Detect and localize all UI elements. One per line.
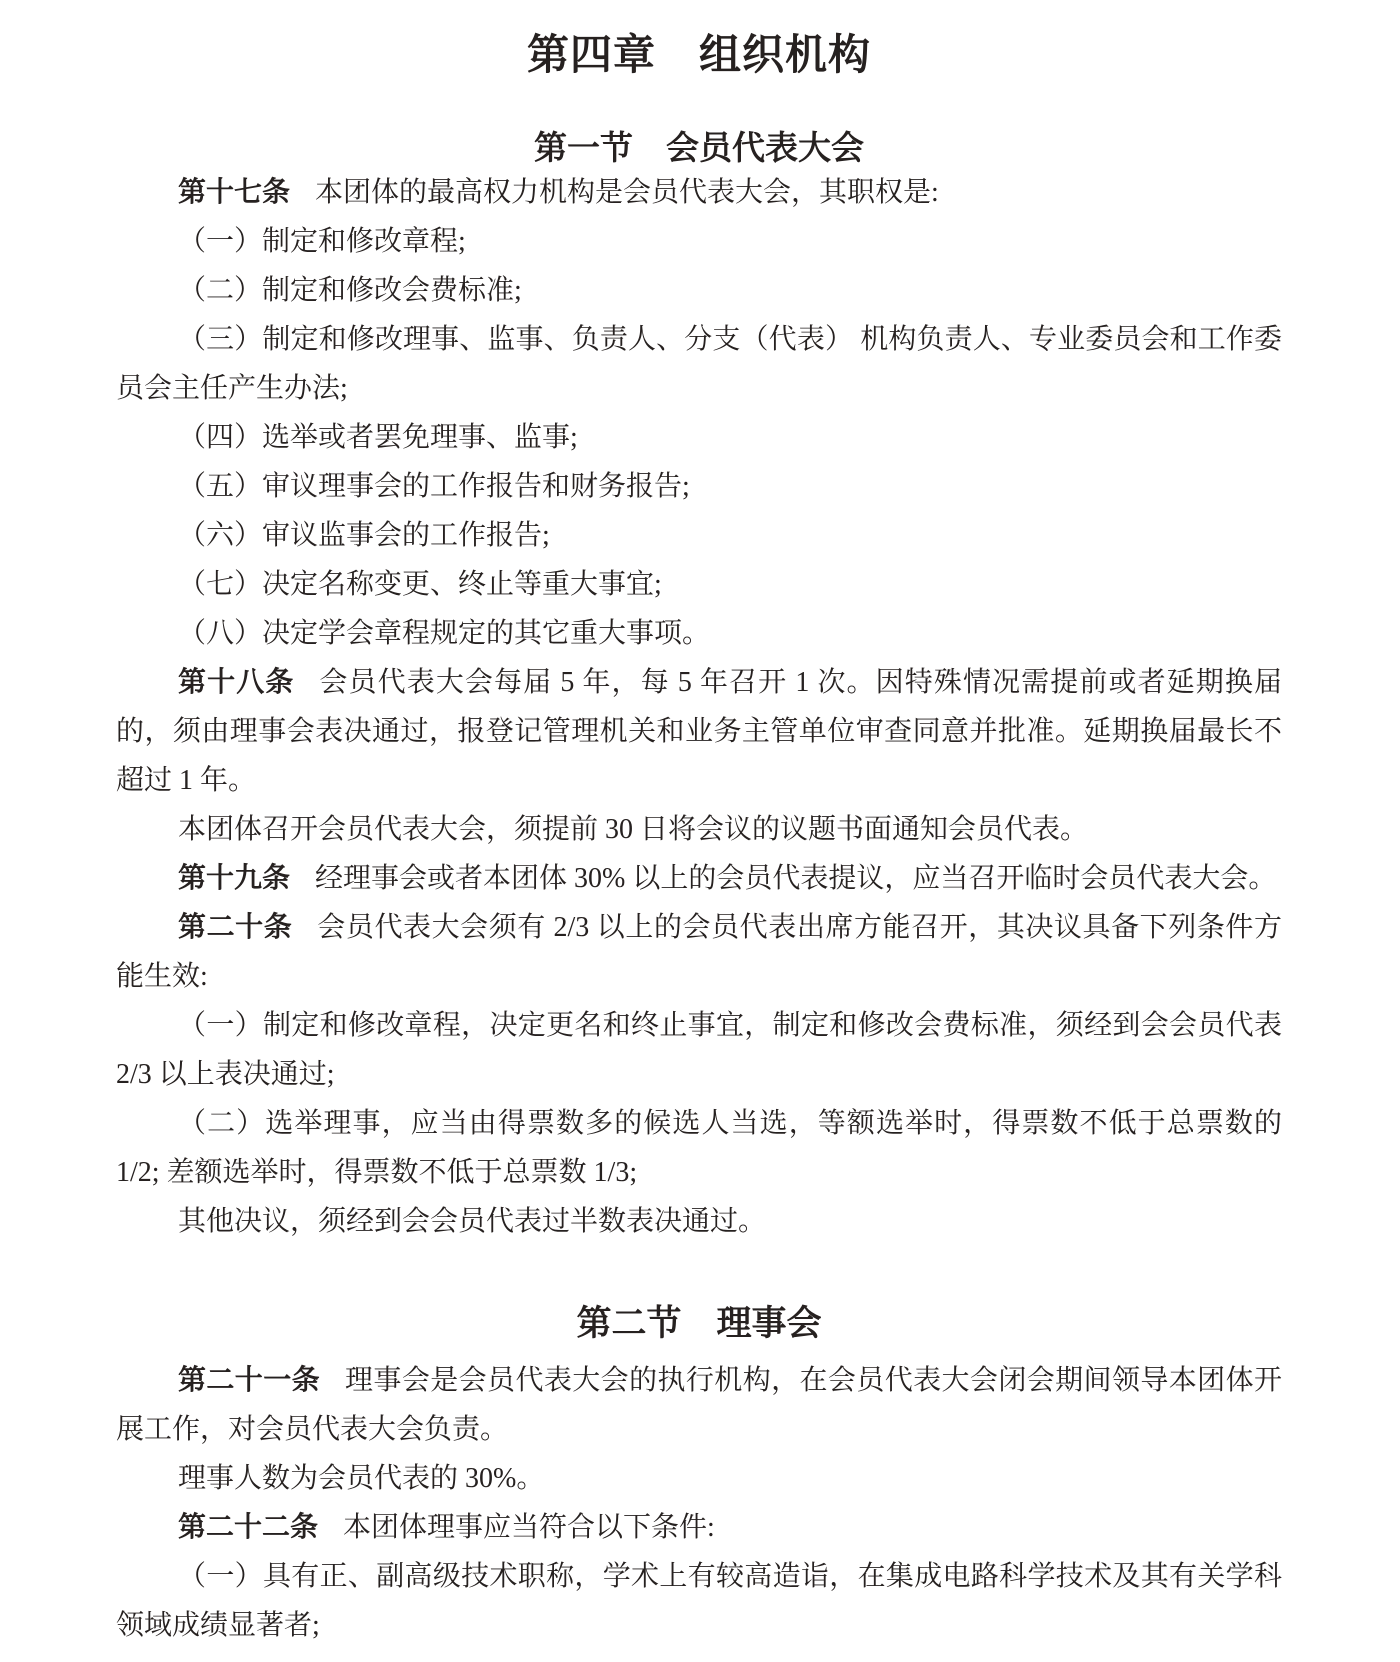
list-item-paragraph: （一）具有正、副高级技术职称，学术上有较高造诣，在集成电路科学技术及其有关学科领… xyxy=(116,1552,1282,1650)
paragraph-text: （四）选举或者罢免理事、监事; xyxy=(178,422,578,453)
paragraph-text: 本团体理事应当符合以下条件: xyxy=(343,1512,715,1543)
paragraph-text: 本团体召开会员代表大会，须提前 30 日将会议的议题书面通知会员代表。 xyxy=(178,814,1088,845)
article-number: 第十九条 xyxy=(178,863,290,894)
article-paragraph: 第二十条会员代表大会须有 2/3 以上的会员代表出席方能召开，其决议具备下列条件… xyxy=(116,903,1282,1001)
paragraph-text: 本团体的最高权力机构是会员代表大会，其职权是: xyxy=(315,177,939,208)
list-item-paragraph: （三）制定和修改理事、监事、负责人、分支（代表） 机构负责人、专业委员会和工作委… xyxy=(116,315,1282,413)
section-member-congress: 第一节 会员代表大会 第十七条本团体的最高权力机构是会员代表大会，其职权是: （… xyxy=(116,130,1282,1246)
list-item-paragraph: （一）制定和修改章程，决定更名和终止事宜，制定和修改会费标准，须经到会会员代表 … xyxy=(116,1001,1282,1099)
article-number: 第十八条 xyxy=(178,667,294,698)
article-paragraph: 第十九条经理事会或者本团体 30% 以上的会员代表提议，应当召开临时会员代表大会… xyxy=(116,854,1282,903)
section-council: 第二节 理事会 第二十一条理事会是会员代表大会的执行机构，在会员代表大会闭会期间… xyxy=(116,1304,1282,1650)
article-number: 第十七条 xyxy=(178,177,290,208)
list-item-paragraph: （四）选举或者罢免理事、监事; xyxy=(116,413,1282,462)
article-paragraph: 第二十二条本团体理事应当符合以下条件: xyxy=(116,1503,1282,1552)
list-item-paragraph: （八）决定学会章程规定的其它重大事项。 xyxy=(116,609,1282,658)
list-item-paragraph: （七）决定名称变更、终止等重大事宜; xyxy=(116,560,1282,609)
list-item-paragraph: （五）审议理事会的工作报告和财务报告; xyxy=(116,462,1282,511)
paragraph-text: （一）制定和修改章程; xyxy=(178,226,466,257)
chapter-title: 第四章 组织机构 xyxy=(116,31,1282,81)
article-paragraph: 第二十一条理事会是会员代表大会的执行机构，在会员代表大会闭会期间领导本团体开展工… xyxy=(116,1356,1282,1454)
section-heading: 第二节 理事会 xyxy=(116,1304,1282,1344)
paragraph-text: （五）审议理事会的工作报告和财务报告; xyxy=(178,471,690,502)
list-item-paragraph: （六）审议监事会的工作报告; xyxy=(116,511,1282,560)
paragraph-text: （七）决定名称变更、终止等重大事宜; xyxy=(178,569,662,600)
paragraph-text: （二）选举理事，应当由得票数多的候选人当选，等额选举时，得票数不低于总票数的 1… xyxy=(116,1108,1282,1188)
body-paragraph: 本团体召开会员代表大会，须提前 30 日将会议的议题书面通知会员代表。 xyxy=(116,805,1282,854)
paragraph-text: 其他决议，须经到会会员代表过半数表决通过。 xyxy=(178,1206,766,1237)
document-page: 第四章 组织机构 第一节 会员代表大会 第十七条本团体的最高权力机构是会员代表大… xyxy=(116,31,1282,1650)
article-paragraph: 第十七条本团体的最高权力机构是会员代表大会，其职权是: xyxy=(116,168,1282,217)
paragraph-text: 经理事会或者本团体 30% 以上的会员代表提议，应当召开临时会员代表大会。 xyxy=(315,863,1276,894)
section-heading: 第一节 会员代表大会 xyxy=(116,130,1282,168)
article-number: 第二十条 xyxy=(178,912,292,943)
article-number: 第二十一条 xyxy=(178,1365,320,1396)
paragraph-text: （六）审议监事会的工作报告; xyxy=(178,520,550,551)
list-item-paragraph: （二）选举理事，应当由得票数多的候选人当选，等额选举时，得票数不低于总票数的 1… xyxy=(116,1099,1282,1197)
body-paragraph: 其他决议，须经到会会员代表过半数表决通过。 xyxy=(116,1197,1282,1246)
article-paragraph: 第十八条会员代表大会每届 5 年，每 5 年召开 1 次。因特殊情况需提前或者延… xyxy=(116,658,1282,805)
list-item-paragraph: （二）制定和修改会费标准; xyxy=(116,266,1282,315)
paragraph-text: 理事人数为会员代表的 30%。 xyxy=(178,1463,544,1494)
paragraph-text: （一）制定和修改章程，决定更名和终止事宜，制定和修改会费标准，须经到会会员代表 … xyxy=(116,1010,1282,1090)
body-paragraph: 理事人数为会员代表的 30%。 xyxy=(116,1454,1282,1503)
paragraph-text: （三）制定和修改理事、监事、负责人、分支（代表） 机构负责人、专业委员会和工作委… xyxy=(116,324,1282,404)
paragraph-text: （八）决定学会章程规定的其它重大事项。 xyxy=(178,618,710,649)
paragraph-text: （一）具有正、副高级技术职称，学术上有较高造诣，在集成电路科学技术及其有关学科领… xyxy=(116,1561,1282,1641)
article-number: 第二十二条 xyxy=(178,1512,318,1543)
list-item-paragraph: （一）制定和修改章程; xyxy=(116,217,1282,266)
paragraph-text: （二）制定和修改会费标准; xyxy=(178,275,522,306)
